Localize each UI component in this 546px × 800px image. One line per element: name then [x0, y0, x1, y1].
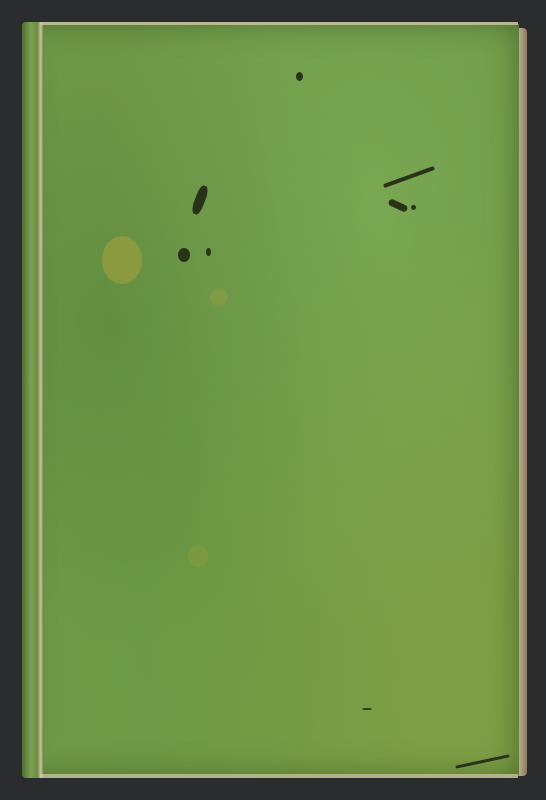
stain [102, 236, 142, 284]
stain [188, 545, 208, 567]
book-spine [22, 22, 44, 778]
ink-spot [178, 248, 190, 262]
ink-spot [411, 205, 416, 210]
ink-spot [362, 708, 372, 710]
ink-spot [296, 72, 303, 81]
bottom-edge [40, 774, 518, 778]
top-edge [40, 22, 518, 25]
stain [210, 288, 228, 306]
ink-spot [206, 248, 211, 256]
book-cover [22, 22, 519, 778]
